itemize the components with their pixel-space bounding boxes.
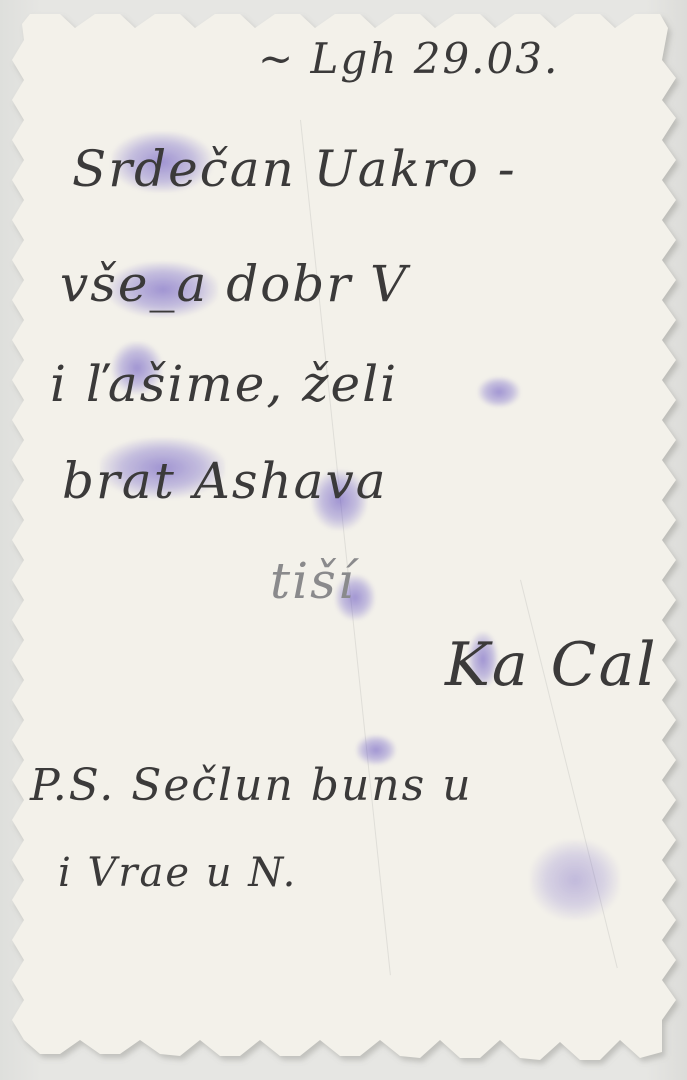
date-line: ~ Lgh 29.03. xyxy=(258,34,559,83)
postscript-line-1: P.S. Sečlun buns u xyxy=(30,760,473,811)
ink-smudge xyxy=(530,840,620,920)
ink-smudge xyxy=(478,377,520,407)
signature: Ka Cal xyxy=(445,630,658,700)
text-line-3: i ľašime, želi xyxy=(50,355,398,413)
text-line-1: Srdečan Uakro - xyxy=(72,140,517,198)
text-line-5: tiší xyxy=(270,552,356,610)
postscript-line-2: i Vrae u N. xyxy=(58,850,297,896)
text-line-2: vše_a dobr V xyxy=(60,255,408,313)
text-line-4: brat Ashava xyxy=(62,452,388,510)
